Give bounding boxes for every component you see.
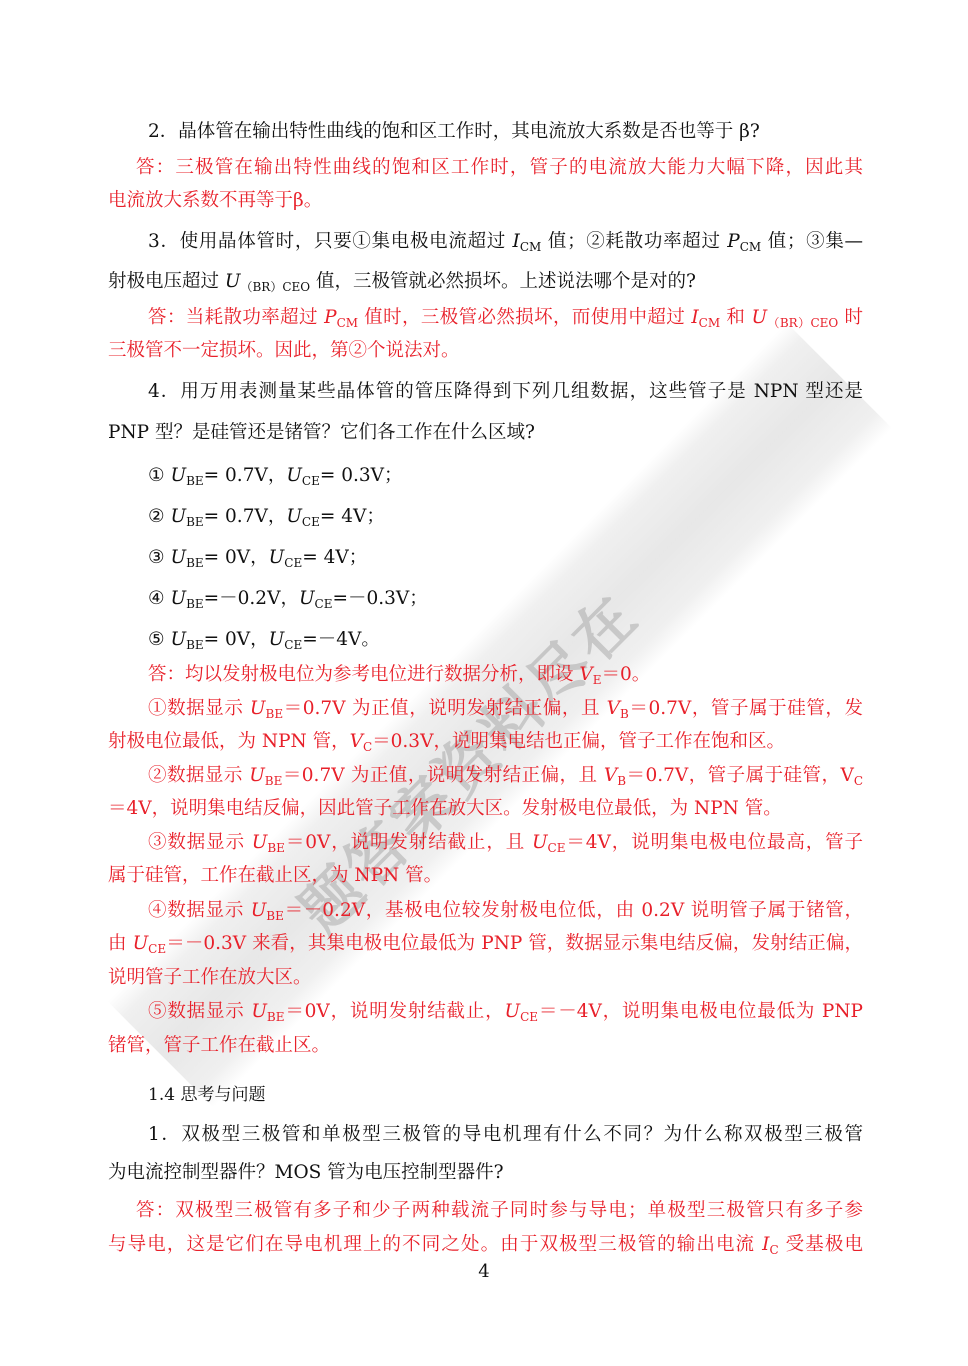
q4-question-line1: 4．用万用表测量某些晶体管的管压降得到下列几组数据，这些管子是 NPN 型还是: [148, 380, 863, 404]
q3-answer-line2: 三极管不一定损坏。因此，第②个说法对。: [108, 339, 863, 363]
q4-data-item-3: ③ UBE= 0V，UCE= 4V；: [148, 546, 863, 570]
q4-answer-3-line1: ③数据显示 UBE＝0V，说明发射结截止，且 UCE＝4V，说明集电极电位最高，…: [148, 831, 863, 855]
s14-a1-line2: 与导电，这是它们在导电机理上的不同之处。由于双极型三极管的输出电流 IC 受基极…: [108, 1233, 863, 1257]
q4-answer-4-line2: 由 UCE＝－0.3V 来看，其集电极电位最低为 PNP 管，数据显示集电结反偏…: [108, 932, 863, 956]
q4-answer-5-line2: 锗管，管子工作在截止区。: [108, 1034, 863, 1058]
section-heading: 1.4 思考与问题: [148, 1083, 863, 1107]
q4-answer-5-line1: ⑤数据显示 UBE＝0V，说明发射结截止，UCE＝－4V，说明集电极电位最低为 …: [148, 1000, 863, 1024]
q4-answer-2-line1: ②数据显示 UBE＝0.7V 为正值，说明发射结正偏，且 VB＝0.7V，管子属…: [148, 764, 863, 788]
q4-answer-4-line1: ④数据显示 UBE＝－0.2V，基极电位较发射极电位低，由 0.2V 说明管子属…: [148, 899, 863, 923]
q4-answer-3-line2: 属于硅管，工作在截止区，为 NPN 管。: [108, 864, 863, 888]
q2-answer-line1: 答：三极管在输出特性曲线的饱和区工作时，管子的电流放大能力大幅下降，因此其: [136, 156, 863, 180]
q3-answer-line1: 答：当耗散功率超过 PCM 值时，三极管必然损坏，而使用中超过 ICM 和 U（…: [148, 306, 863, 330]
q4-data-item-4: ④ UBE=－0.2V，UCE=－0.3V；: [148, 587, 863, 611]
page-number: 4: [0, 1261, 968, 1282]
q4-answer-4-line3: 说明管子工作在放大区。: [108, 966, 863, 990]
q4-data-item-2: ② UBE= 0.7V，UCE= 4V；: [148, 505, 863, 529]
q3-question-line1: 3．使用晶体管时，只要①集电极电流超过 ICM 值；②耗散功率超过 PCM 值；…: [148, 230, 863, 254]
q4-answer-1-line2: 射极电位最低，为 NPN 管，VC＝0.3V，说明集电结也正偏，管子工作在饱和区…: [108, 730, 863, 754]
q4-answer-1-line1: ①数据显示 UBE＝0.7V 为正值，说明发射结正偏，且 VB＝0.7V，管子属…: [148, 697, 863, 721]
document-page: 题答案资料尽在 2．晶体管在输出特性曲线的饱和区工作时，其电流放大系数是否也等于…: [0, 0, 968, 1366]
q4-answer-intro: 答：均以发射极电位为参考电位进行数据分析，即设 VE＝0。: [148, 663, 863, 687]
q4-question-line2: PNP 型？是硅管还是锗管？它们各工作在什么区域?: [108, 421, 863, 445]
s14-a1-line1: 答：双极型三极管有多子和少子两种载流子同时参与导电；单极型三极管只有多子参: [136, 1199, 863, 1223]
q3-question-line2: 射极电压超过 U（BR）CEO 值，三极管就必然损坏。上述说法哪个是对的?: [108, 270, 863, 294]
q4-answer-2-line2: ＝4V，说明集电结反偏，因此管子工作在放大区。发射极电位最低，为 NPN 管。: [108, 797, 863, 821]
q2-question: 2．晶体管在输出特性曲线的饱和区工作时，其电流放大系数是否也等于 β?: [148, 120, 863, 144]
s14-q1-line1: 1．双极型三极管和单极型三极管的导电机理有什么不同？为什么称双极型三极管: [148, 1123, 863, 1147]
s14-q1-line2: 为电流控制型器件？MOS 管为电压控制型器件?: [108, 1161, 863, 1185]
q4-data-item-1: ① UBE= 0.7V，UCE= 0.3V；: [148, 464, 863, 488]
q4-data-item-5: ⑤ UBE= 0V，UCE=－4V。: [148, 628, 863, 652]
q2-answer-line2: 电流放大系数不再等于β。: [108, 189, 863, 213]
